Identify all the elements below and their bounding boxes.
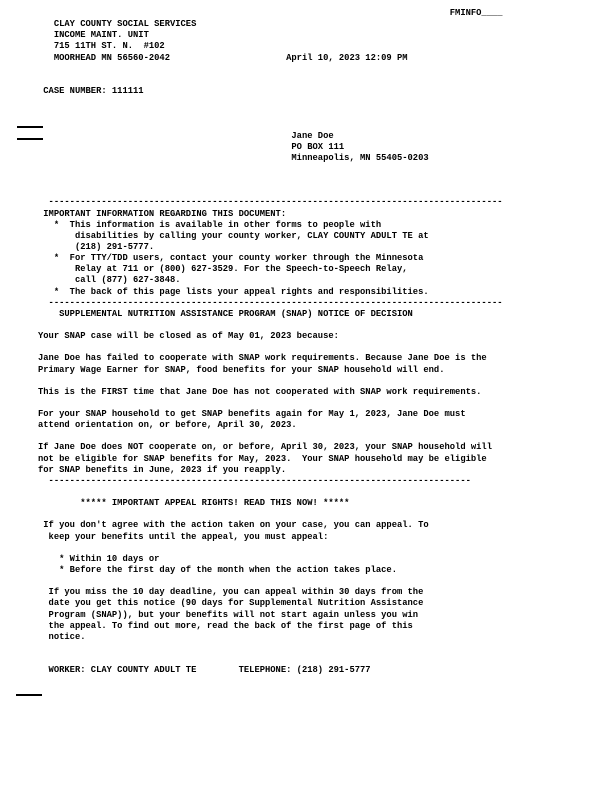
agency-unit-line: INCOME MAINT. UNIT — [38, 30, 503, 41]
important-info-box: ----------------------------------------… — [38, 197, 503, 308]
recipient-address-block: Jane Doe PO BOX 111 Minneapolis, MN 5540… — [38, 131, 503, 198]
blank-line — [38, 376, 503, 387]
blank-line — [38, 643, 503, 654]
decision-line: Jane Doe has failed to cooperate with SN… — [38, 353, 503, 364]
blank-line — [38, 543, 503, 554]
fold-mark-top-2 — [17, 138, 43, 140]
agency-city-date-line: MOORHEAD MN 56560-2042 April 10, 2023 12… — [38, 53, 503, 64]
dashed-separator: ----------------------------------------… — [38, 298, 503, 309]
blank-line — [38, 64, 503, 75]
decision-line: Primary Wage Earner for SNAP, food benef… — [38, 365, 503, 376]
info-bullet-line: * For TTY/TDD users, contact your county… — [38, 253, 503, 264]
appeal-line: If you don't agree with the action taken… — [38, 520, 503, 531]
decision-line: If Jane Doe does NOT cooperate on, or be… — [38, 442, 503, 453]
worker-contact-section: WORKER: CLAY COUNTY ADULT TE TELEPHONE: … — [38, 643, 503, 676]
info-bullet-line: (218) 291-5777. — [38, 242, 503, 253]
blank-line — [38, 75, 503, 86]
fold-mark-bottom — [16, 694, 42, 696]
appeal-line: the appeal. To find out more, read the b… — [38, 621, 503, 632]
snap-decision-heading: SUPPLEMENTAL NUTRITION ASSISTANCE PROGRA… — [38, 309, 503, 331]
blank-line — [38, 320, 503, 331]
case-number-section: CASE NUMBER: 111111 — [38, 86, 503, 131]
appeal-line: notice. — [38, 632, 503, 643]
blank-line — [38, 97, 503, 108]
decision-line: This is the FIRST time that Jane Doe has… — [38, 387, 503, 398]
case-number-line: CASE NUMBER: 111111 — [38, 86, 503, 97]
blank-line — [38, 342, 503, 353]
agency-street-line: 715 11TH ST. N. #102 — [38, 41, 503, 52]
agency-name-line: CLAY COUNTY SOCIAL SERVICES — [38, 19, 503, 30]
decision-line: for SNAP benefits in June, 2023 if you r… — [38, 465, 503, 476]
appeal-bullet-line: * Within 10 days or — [38, 554, 503, 565]
dashed-separator: ----------------------------------------… — [38, 476, 503, 487]
worker-telephone-line: WORKER: CLAY COUNTY ADULT TE TELEPHONE: … — [38, 665, 503, 676]
info-bullet-line: * The back of this page lists your appea… — [38, 287, 503, 298]
appeal-rights-section: ----------------------------------------… — [38, 476, 503, 643]
notice-document: FMINFO____ CLAY COUNTY SOCIAL SERVICES I… — [38, 8, 503, 676]
appeal-line: date you get this notice (90 days for Su… — [38, 598, 503, 609]
form-code-line: FMINFO____ — [38, 8, 503, 19]
decision-line: attend orientation on, or before, April … — [38, 420, 503, 431]
appeal-line: Program (SNAP)), but your benefits will … — [38, 610, 503, 621]
decision-line: For your SNAP household to get SNAP bene… — [38, 409, 503, 420]
notice-page: FMINFO____ CLAY COUNTY SOCIAL SERVICES I… — [0, 0, 604, 799]
blank-line — [38, 398, 503, 409]
blank-line — [38, 576, 503, 587]
recipient-city-line: Minneapolis, MN 55405-0203 — [38, 153, 503, 164]
blank-line — [38, 509, 503, 520]
appeal-bullet-line: * Before the first day of the month when… — [38, 565, 503, 576]
decision-line: Your SNAP case will be closed as of May … — [38, 331, 503, 342]
recipient-name-line: Jane Doe — [38, 131, 503, 142]
snap-decision-body: Your SNAP case will be closed as of May … — [38, 331, 503, 476]
decision-title-line: SUPPLEMENTAL NUTRITION ASSISTANCE PROGRA… — [38, 309, 503, 320]
info-bullet-line: disabilities by calling your county work… — [38, 231, 503, 242]
appeal-line: If you miss the 10 day deadline, you can… — [38, 587, 503, 598]
blank-line — [38, 186, 503, 197]
blank-line — [38, 108, 503, 119]
form-code-section: FMINFO____ — [38, 8, 503, 19]
recipient-street-line: PO BOX 111 — [38, 142, 503, 153]
appeal-title-line: ***** IMPORTANT APPEAL RIGHTS! READ THIS… — [38, 498, 503, 509]
fold-mark-top-1 — [17, 126, 43, 128]
info-box-title-line: IMPORTANT INFORMATION REGARDING THIS DOC… — [38, 209, 503, 220]
decision-line: not be eligible for SNAP benefits for Ma… — [38, 454, 503, 465]
agency-address-block: CLAY COUNTY SOCIAL SERVICES INCOME MAINT… — [38, 19, 503, 86]
blank-line — [38, 654, 503, 665]
dashed-separator: ----------------------------------------… — [38, 197, 503, 208]
blank-line — [38, 175, 503, 186]
blank-line — [38, 431, 503, 442]
info-bullet-line: call (877) 627-3848. — [38, 275, 503, 286]
blank-line — [38, 487, 503, 498]
appeal-line: keep your benefits until the appeal, you… — [38, 532, 503, 543]
info-bullet-line: * This information is available in other… — [38, 220, 503, 231]
blank-line — [38, 164, 503, 175]
info-bullet-line: Relay at 711 or (800) 627-3529. For the … — [38, 264, 503, 275]
blank-line — [38, 119, 503, 130]
